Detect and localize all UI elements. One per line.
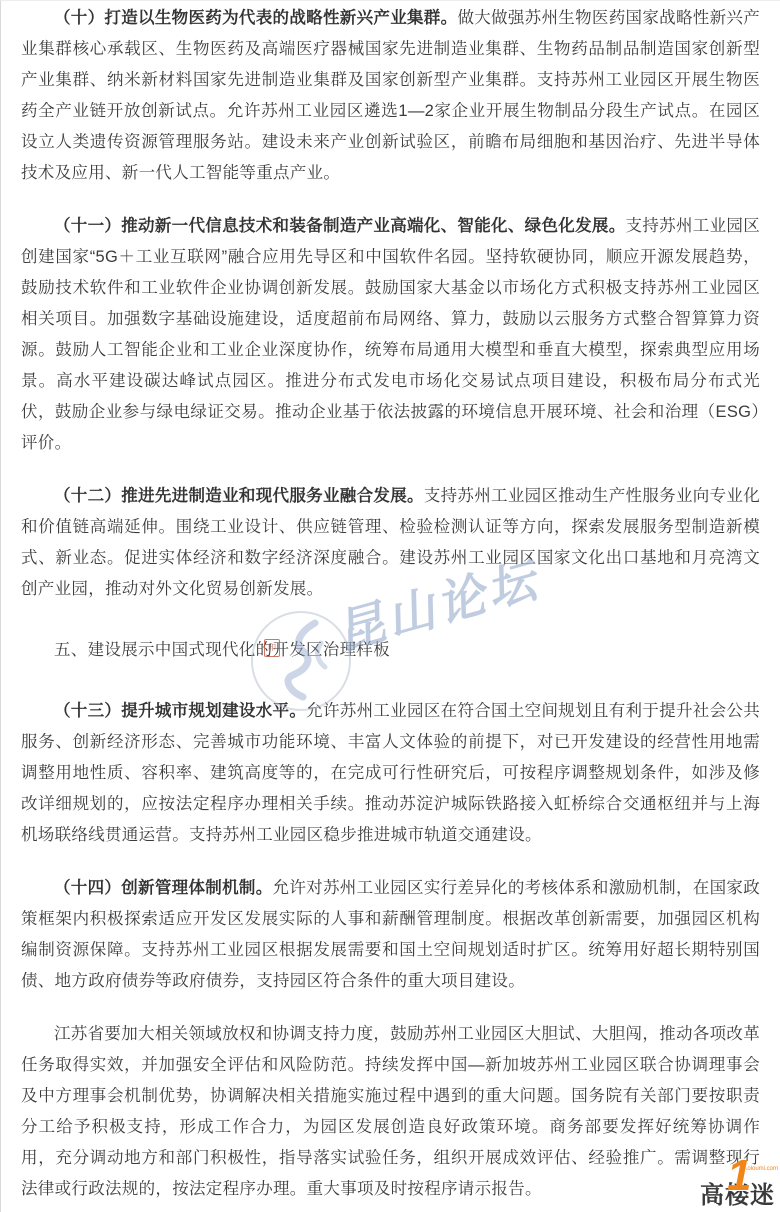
logo-char-gao: 高 <box>700 1182 725 1209</box>
paragraph-12-lead: （十二）推进先进制造业和现代服务业融合发展。 <box>54 487 424 505</box>
gaoloumi-logo: gaoloumi.com 1 高楼迷 <box>700 1157 779 1211</box>
paragraph-10-body: 做大做强苏州生物医药国家战略性新兴产业集群核心承载区、生物医药及高端医疗器械国家… <box>21 9 760 182</box>
section-heading-5: 五、建设展示中国式现代化的开发区治理样板 <box>21 635 760 666</box>
paragraph-11-lead: （十一）推动新一代信息技术和装备制造产业高端化、智能化、绿色化发展。 <box>54 217 626 235</box>
paragraph-item-14: （十四）创新管理体制机制。允许对苏州工业园区实行差异化的考核体系和激励机制，在国… <box>21 873 760 997</box>
closing-paragraph: 江苏省要加大相关领域放权和协调支持力度，鼓励苏州工业园区大胆试、大胆闯，推动各项… <box>21 1019 760 1205</box>
paragraph-item-12: （十二）推进先进制造业和现代服务业融合发展。支持苏州工业园区推动生产性服务业向专… <box>21 481 760 605</box>
paragraph-11-body: 支持苏州工业园区创建国家“5G＋工业互联网”融合应用先导区和中国软件名园。坚持软… <box>21 217 760 452</box>
paragraph-item-11: （十一）推动新一代信息技术和装备制造产业高端化、智能化、绿色化发展。支持苏州工业… <box>21 211 760 459</box>
paragraph-item-10: （十）打造以生物医药为代表的战略性新兴产业集群。做大做强苏州生物医药国家战略性新… <box>21 3 760 189</box>
logo-numeral-one: 1 <box>727 1154 751 1198</box>
paragraph-item-13: （十三）提升城市规划建设水平。允许苏州工业园区在符合国土空间规划且有利于提升社会… <box>21 696 760 851</box>
document-page: （十）打造以生物医药为代表的战略性新兴产业集群。做大做强苏州生物医药国家战略性新… <box>0 0 780 1212</box>
paragraph-10-lead: （十）打造以生物医药为代表的战略性新兴产业集群。 <box>54 9 457 27</box>
paragraph-13-body: 允许苏州工业园区在符合国土空间规划且有利于提升社会公共服务、创新经济形态、完善城… <box>21 702 760 844</box>
paragraph-13-lead: （十三）提升城市规划建设水平。 <box>54 702 306 720</box>
document-body: （十）打造以生物医药为代表的战略性新兴产业集群。做大做强苏州生物医药国家战略性新… <box>1 1 780 1212</box>
paragraph-14-lead: （十四）创新管理体制机制。 <box>54 879 273 897</box>
